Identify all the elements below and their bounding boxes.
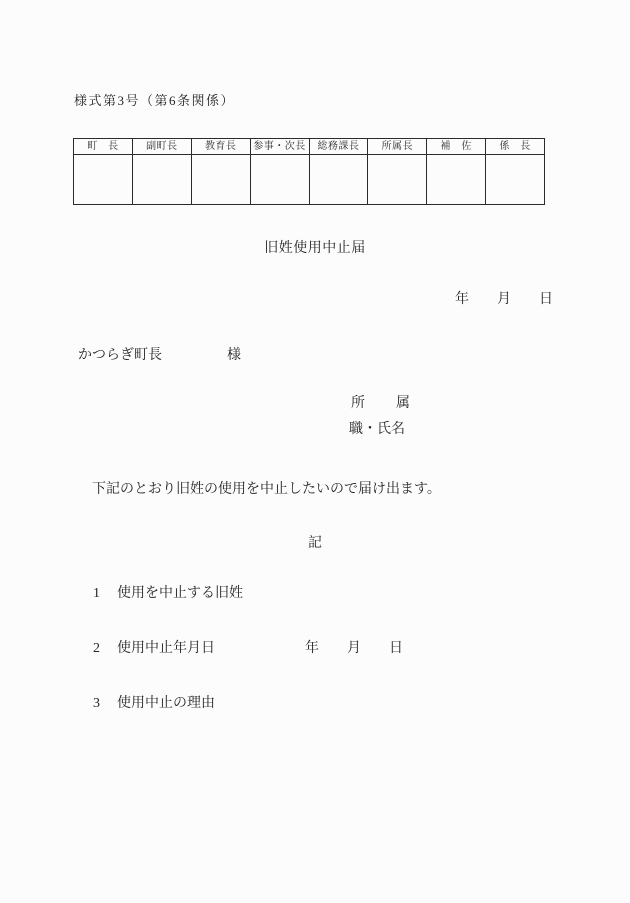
item-number: 2 bbox=[93, 642, 100, 656]
approval-table-body bbox=[74, 155, 545, 205]
approval-stamp-cell bbox=[368, 155, 427, 205]
approval-col-education-chief: 教育長 bbox=[191, 139, 250, 155]
position-name-label: 職・氏名 bbox=[349, 423, 405, 437]
approval-stamp-cell bbox=[309, 155, 368, 205]
approval-stamp-cell bbox=[191, 155, 250, 205]
approval-col-counselor: 参事・次長 bbox=[250, 139, 309, 155]
approval-stamp-row bbox=[74, 155, 545, 205]
document-title: 旧姓使用中止届 bbox=[0, 242, 630, 256]
approval-stamp-cell bbox=[486, 155, 545, 205]
item-label: 使用中止の理由 bbox=[117, 697, 215, 711]
approval-stamp-cell bbox=[427, 155, 486, 205]
approval-header-row: 町 長 副町長 教育長 参事・次長 総務課長 所属長 補 佐 係 長 bbox=[74, 139, 545, 155]
document-page: 様式第3号（第6条関係） 町 長 副町長 教育長 参事・次長 総務課長 所属長 … bbox=[0, 0, 630, 903]
approval-col-assistant: 補 佐 bbox=[427, 139, 486, 155]
affiliation-label: 所 属 bbox=[351, 397, 411, 411]
form-number: 様式第3号（第6条関係） bbox=[74, 94, 235, 107]
addressee: かつらぎ町長 bbox=[78, 349, 162, 363]
item-number: 1 bbox=[93, 587, 100, 601]
approval-stamp-cell bbox=[74, 155, 133, 205]
list-heading: 記 bbox=[0, 537, 630, 551]
approval-table-header: 町 長 副町長 教育長 参事・次長 総務課長 所属長 補 佐 係 長 bbox=[74, 139, 545, 155]
approval-stamp-table: 町 長 副町長 教育長 参事・次長 総務課長 所属長 補 佐 係 長 bbox=[73, 138, 545, 205]
list-item-discontinue-date: 2 使用中止年月日 年 月 日 bbox=[0, 642, 630, 658]
body-text: 下記のとおり旧姓の使用を中止したいので届け出ます。 bbox=[92, 483, 441, 497]
approval-stamp-cell bbox=[132, 155, 191, 205]
item-label: 使用中止年月日 bbox=[117, 642, 215, 656]
approval-col-mayor: 町 長 bbox=[74, 139, 133, 155]
item-date-blanks: 年 月 日 bbox=[305, 642, 403, 656]
item-label: 使用を中止する旧姓 bbox=[117, 587, 243, 601]
list-item-former-surname: 1 使用を中止する旧姓 bbox=[0, 587, 630, 603]
approval-stamp-cell bbox=[250, 155, 309, 205]
approval-col-section-chief: 所属長 bbox=[368, 139, 427, 155]
list-item-discontinue-reason: 3 使用中止の理由 bbox=[0, 697, 630, 713]
item-number: 3 bbox=[93, 697, 100, 711]
approval-col-general-affairs: 総務課長 bbox=[309, 139, 368, 155]
approval-col-deputy-mayor: 副町長 bbox=[132, 139, 191, 155]
submission-date-line: 年 月 日 bbox=[455, 293, 553, 307]
approval-col-clerk-chief: 係 長 bbox=[486, 139, 545, 155]
addressee-honorific: 様 bbox=[227, 349, 241, 363]
